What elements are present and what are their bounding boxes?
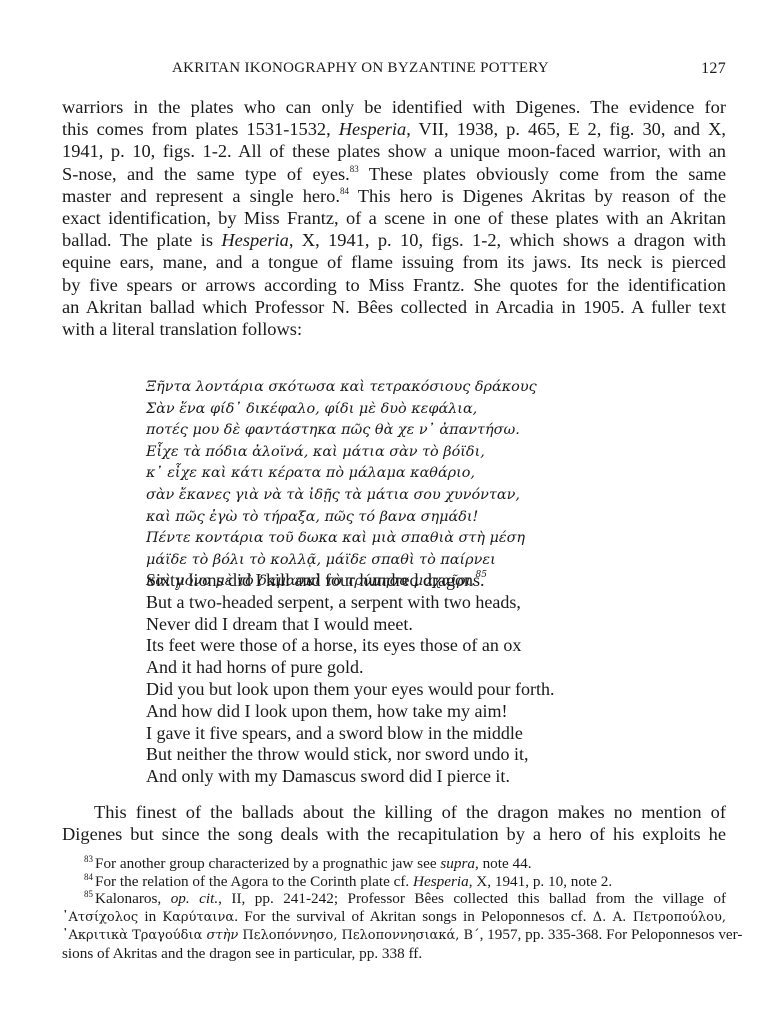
ballad-line: καὶ πῶς ἐγὼ τὸ τήραξα, πῶς τό βανα σημάδ…	[146, 507, 626, 529]
footnotes: 83For another group characterized by a p…	[62, 855, 726, 963]
body-paragraph-1: warriors in the plates who can only be i…	[62, 96, 726, 340]
ballad-line: σὰν ἔκανες γιὰ νὰ τὰ ἰδῇς τὰ μάτια σου χ…	[146, 485, 626, 507]
translation-line: Never did I dream that I would meet.	[146, 614, 706, 636]
text-line: an Akritan ballad which Professor N. Bêe…	[62, 296, 726, 318]
running-head: AKRITAN IKONOGRAPHY ON BYZANTINE POTTERY…	[62, 60, 726, 82]
ballad-line: Σὰν ἕνα φίδ᾽ δικέφαλο, φίδι μὲ δυὸ κεφάλ…	[146, 399, 626, 421]
translation-line: And how did I look upon them, how take m…	[146, 701, 706, 723]
text-line: equine ears, mane, and a tongue of flame…	[62, 251, 726, 273]
text-line: by five spears or arrows according to Mi…	[62, 274, 726, 296]
translation-line: Did you but look upon them your eyes wou…	[146, 679, 706, 701]
greek-ballad: Ξῆντα λοντάρια σκότωσα καὶ τετρακόσιους …	[146, 377, 626, 593]
translation-line: Sixty lions did I kill and four hundred …	[146, 570, 706, 592]
ballad-line: κ᾽ εἶχε καὶ κάτι κέρατα πὸ μάλαμα καθάρι…	[146, 463, 626, 485]
footnote-85-cont: ᾽Ατσίχολος in Καρύταινα. For the surviva…	[62, 908, 726, 927]
running-head-title: AKRITAN IKONOGRAPHY ON BYZANTINE POTTERY	[172, 60, 549, 77]
text-line: This finest of the ballads about the kil…	[62, 801, 726, 823]
footnote-83: 83For another group characterized by a p…	[62, 855, 726, 873]
ballad-line: Ξῆντα λοντάρια σκότωσα καὶ τετρακόσιους …	[146, 377, 626, 399]
text-line: exact identification, by Miss Frantz, of…	[62, 207, 726, 229]
footnote-85: 85Kalonaros, op. cit., II, pp. 241-242; …	[62, 890, 726, 908]
journal-title: Hesperia	[339, 119, 406, 139]
translation-line: Its feet were those of a horse, its eyes…	[146, 635, 706, 657]
ballad-line: Εἶχε τὰ πόδια ἀλοϊνά, καὶ μάτια σὰν τὸ β…	[146, 442, 626, 464]
ballad-translation: Sixty lions did I kill and four hundred …	[146, 570, 706, 788]
text-line: Digenes but since the song deals with th…	[62, 823, 726, 845]
footnote-85-cont: sions of Akritas and the dragon see in p…	[62, 945, 726, 963]
translation-line: But neither the throw would stick, nor s…	[146, 744, 706, 766]
footnote-ref-84[interactable]: 84	[340, 186, 349, 196]
text-line: with a literal translation follows:	[62, 318, 726, 340]
ballad-line: Πέντε κοντάρια τοῦ δωκα καὶ μιὰ σπαθιὰ σ…	[146, 528, 626, 550]
footnote-84: 84For the relation of the Agora to the C…	[62, 873, 726, 891]
translation-line: I gave it five spears, and a sword blow …	[146, 723, 706, 745]
text-line: master and represent a single hero.84 Th…	[62, 185, 726, 207]
footnote-ref-83[interactable]: 83	[350, 164, 359, 174]
text-line: ballad. The plate is Hesperia, X, 1941, …	[62, 229, 726, 251]
body-paragraph-2: This finest of the ballads about the kil…	[62, 801, 726, 845]
text-line: 1941, p. 10, figs. 1-2. All of these pla…	[62, 140, 726, 162]
ballad-line: ποτές μου δὲ φαντάστηκα πῶς θὰ χε ν᾽ ἀπα…	[146, 420, 626, 442]
ballad-line: μάϊδε τὸ βόλι τὸ κολλᾷ, μάϊδε σπαθὶ τὸ π…	[146, 550, 626, 572]
text-line: warriors in the plates who can only be i…	[62, 96, 726, 118]
footnote-85-cont: ᾽Ακριτικὰ Τραγούδια στὴν Πελοπόννησο, Πε…	[62, 926, 726, 945]
translation-line: And only with my Damascus sword did I pi…	[146, 766, 706, 788]
page-number: 127	[701, 60, 726, 78]
text-line: this comes from plates 1531-1532, Hesper…	[62, 118, 726, 140]
text-line: S-nose, and the same type of eyes.83 The…	[62, 163, 726, 185]
translation-line: But a two-headed serpent, a serpent with…	[146, 592, 706, 614]
journal-title: Hesperia	[221, 230, 288, 250]
translation-line: And it had horns of pure gold.	[146, 657, 706, 679]
